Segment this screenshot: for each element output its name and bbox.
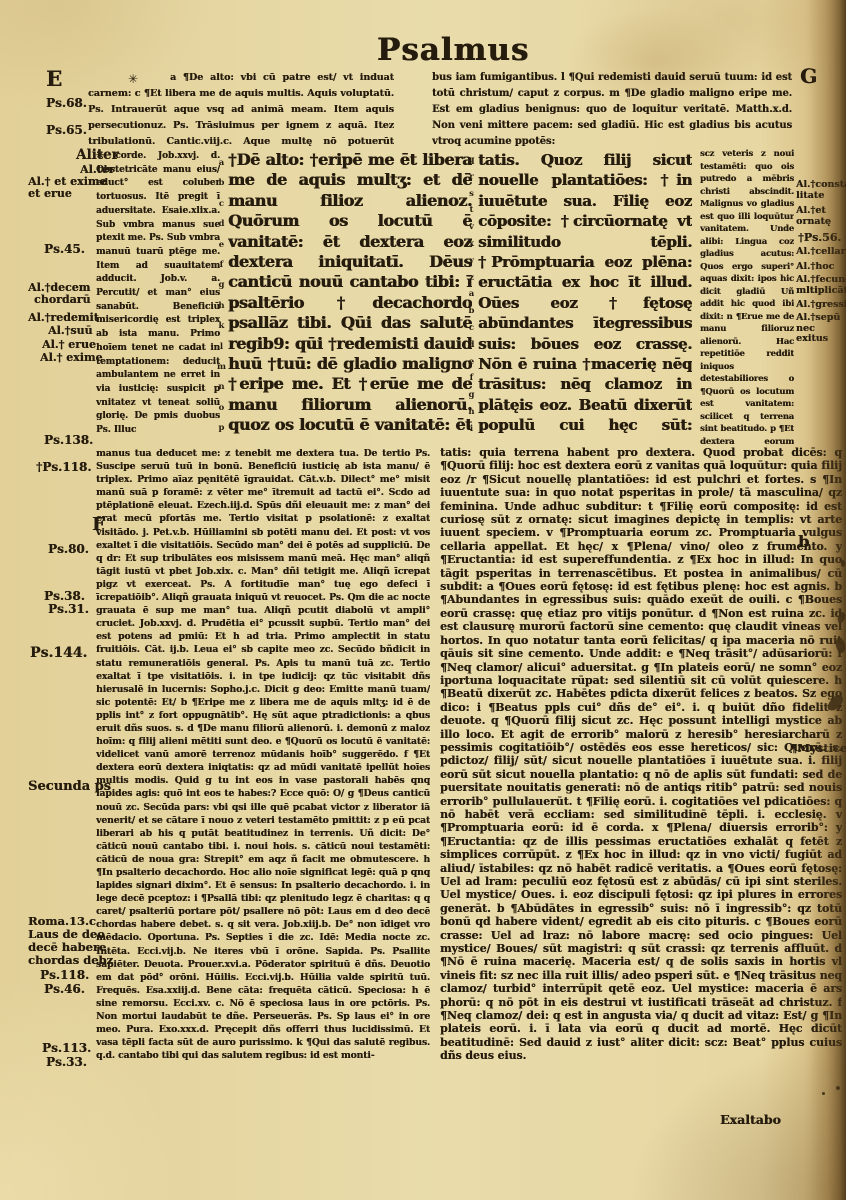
marginal-ref-ps118: †Ps.118.: [36, 461, 91, 474]
ink-stain: [841, 560, 845, 567]
marginal-ref-ps113: Ps.113.: [42, 1042, 91, 1055]
marginal-ref-et-erue: et erue: [28, 188, 72, 200]
page-title: Psalmus: [358, 32, 548, 68]
marginal-note-laus-2: decē habere: [28, 941, 106, 954]
marginal-ref-ps65: Ps.65.: [46, 124, 87, 137]
ink-stain: [822, 1092, 825, 1095]
gloss-column-left: ✳ corde. Job.xxvj. d. Obstetricāte manu …: [96, 150, 220, 450]
commentary-bottom-right: tatis: quia terrena habent pro dextera. …: [440, 446, 842, 1124]
marginal-ref-al-hoc: Al.†hoc: [796, 262, 834, 273]
marginal-ref-ps118b: Ps.118.: [40, 969, 89, 982]
psalm-text-right-column: tatis. Quoz filij sicut nouelle plantati…: [478, 150, 692, 438]
gloss-column-right: scz veteris z noui testamēti: quo ois pu…: [700, 148, 794, 448]
marginal-ref-ps45: Ps.45.: [44, 243, 85, 256]
marginal-note-laus-1: Laus de deo: [28, 928, 105, 941]
marginal-ref-ps46: Ps.46.: [44, 983, 85, 996]
commentary-top-left: a ¶De alto: vbi cū patre est/ vt induat …: [88, 70, 394, 150]
key-letter-strip-left: a b c d e f g h k l m n o p: [216, 153, 227, 439]
marginal-ref-al-suum: Al.†suū: [48, 325, 92, 337]
marginal-ref-roma13: Roma.13.c: [28, 915, 96, 928]
marginal-ref-al-gressibus: Al.†gressib°: [796, 300, 846, 311]
marginal-ref-chordarum: chordarū: [34, 294, 90, 306]
psalm-text-left-column: †Dē alto: †eripē me ēt libera me de aqui…: [228, 150, 472, 438]
section-letter-g: G: [800, 66, 817, 86]
catchword: Exaltabo: [720, 1112, 781, 1127]
marginal-ref-al-cellaria: Al.†cellaria: [796, 247, 846, 258]
marginal-ref-al-fecunde: Al.†fecunde mltiplicātes: [796, 275, 846, 296]
marginal-ref-al-exime: Al.† exime: [40, 352, 103, 364]
marginal-ref-al-redemit: Al.†redemit: [28, 312, 99, 324]
marginal-ref-al-constabilitate: Al.†constabi litate: [796, 180, 846, 201]
marginal-ref-ps138: Ps.138.: [44, 434, 93, 447]
commentary-top-right: bus iam fumigantibus. l ¶Qui redemisti d…: [432, 70, 792, 150]
marginal-ref-ps33: Ps.33.: [46, 1056, 87, 1069]
marginal-ref-al-sepu: Al.†sepū nec exitus: [796, 313, 846, 345]
key-letter-strip-right: q r s t v x y z a b c d e f g h i: [466, 152, 477, 438]
section-letter-e: E: [46, 68, 62, 89]
ink-stain: [836, 1086, 840, 1090]
marginal-ref-ps68: Ps.68.: [46, 97, 87, 110]
marginal-ref-ps144: Ps.144.: [30, 646, 87, 662]
marginal-ref-ps80: Ps.80.: [48, 543, 89, 556]
marginal-ref-ps31: Ps.31.: [48, 603, 89, 616]
marginal-ref-al-et-ornate: Al.†et ornatę: [796, 206, 846, 227]
commentary-bottom-left: manus tua deducet me: z tenebit me dexte…: [96, 447, 430, 1127]
marginal-ref-ps56: †Ps.56.: [798, 232, 841, 244]
book-page: Psalmus E ✳ G F b a ¶De alto: vbi cū pat…: [0, 0, 846, 1200]
marginal-ref-al-erue: Al.† erue: [42, 339, 96, 351]
